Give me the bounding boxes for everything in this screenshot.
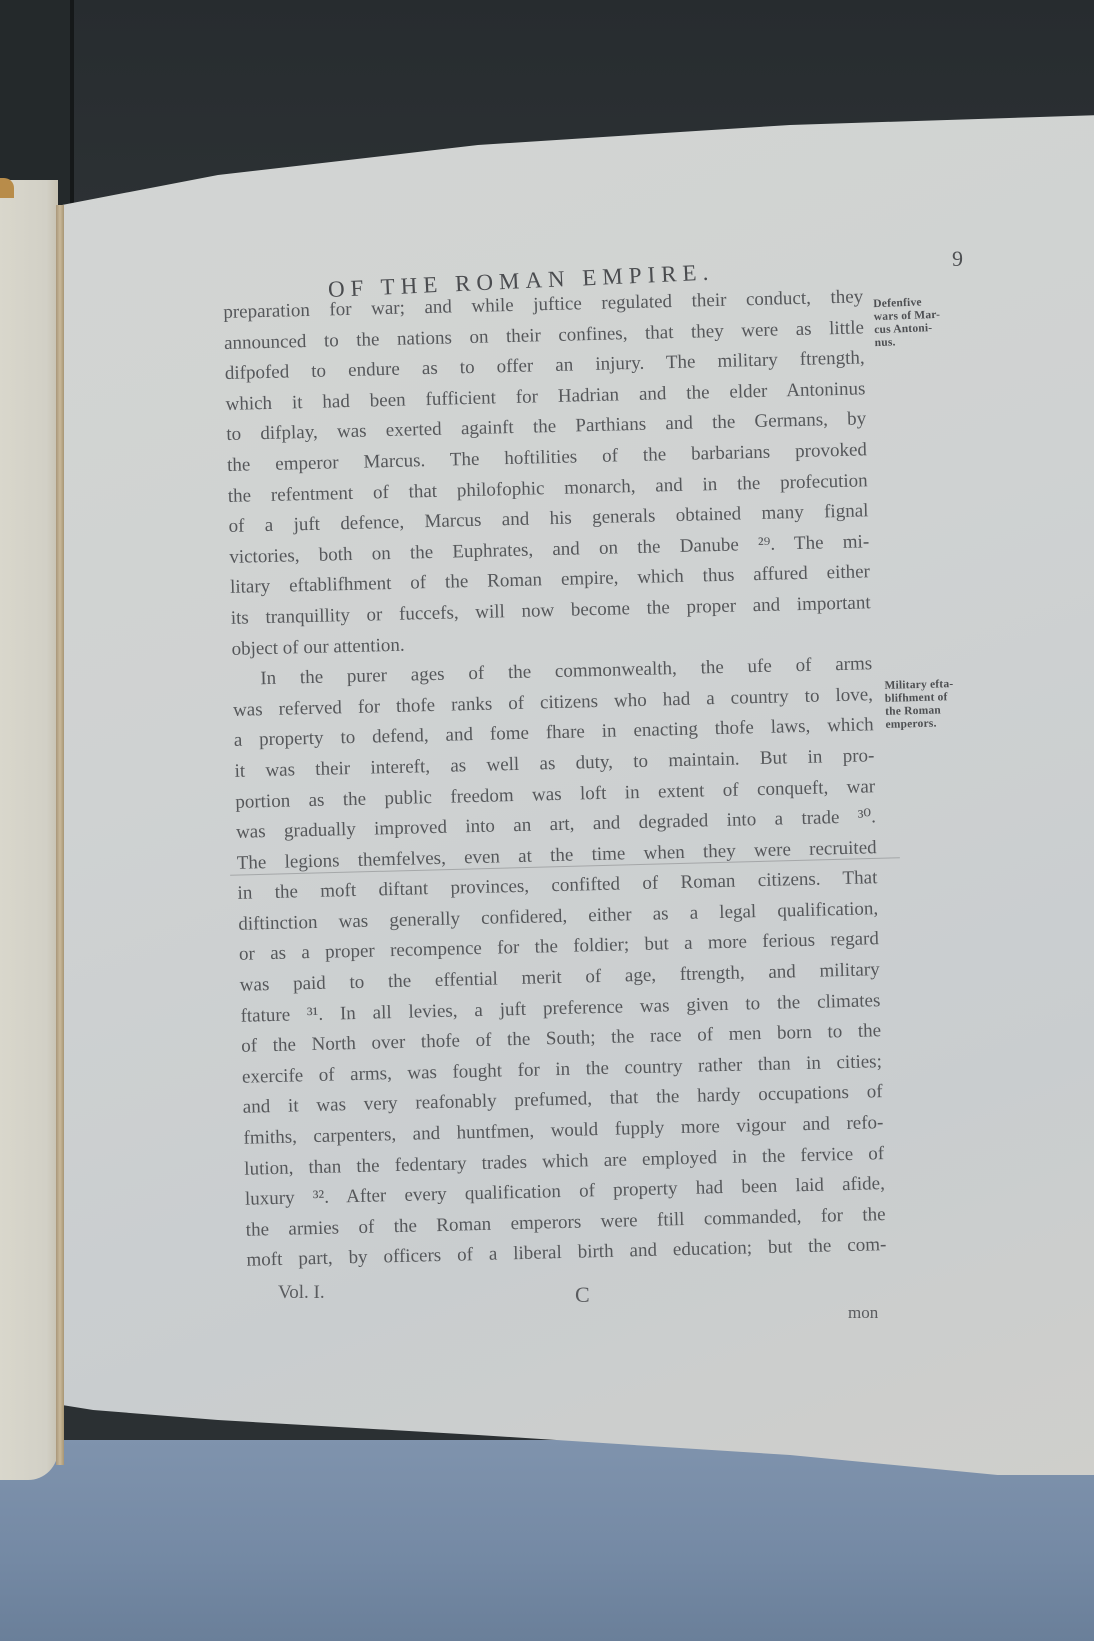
volume-mark: Vol. I.	[278, 1282, 325, 1304]
margin-note-line: nus.	[874, 335, 941, 350]
margin-note-defensive-wars: Defenfive wars of Mar- cus Antoni- nus.	[873, 296, 941, 350]
margin-note-line: blifhment of	[885, 691, 954, 706]
catchword: mon	[848, 1303, 878, 1323]
blue-surface-background	[0, 1440, 1094, 1641]
margin-note-line: cus Antoni-	[874, 322, 941, 337]
signature-mark: C	[575, 1282, 590, 1308]
margin-note-line: emperors.	[885, 717, 954, 732]
body-text: preparation for war; and while juftice r…	[223, 282, 897, 1277]
book-gutter	[56, 205, 64, 1465]
gilt-edge	[0, 178, 14, 198]
margin-note-military-establishment: Military efta- blifhment of the Roman em…	[884, 678, 954, 732]
page-number: 9	[952, 246, 963, 272]
left-page-edge	[0, 180, 58, 1480]
